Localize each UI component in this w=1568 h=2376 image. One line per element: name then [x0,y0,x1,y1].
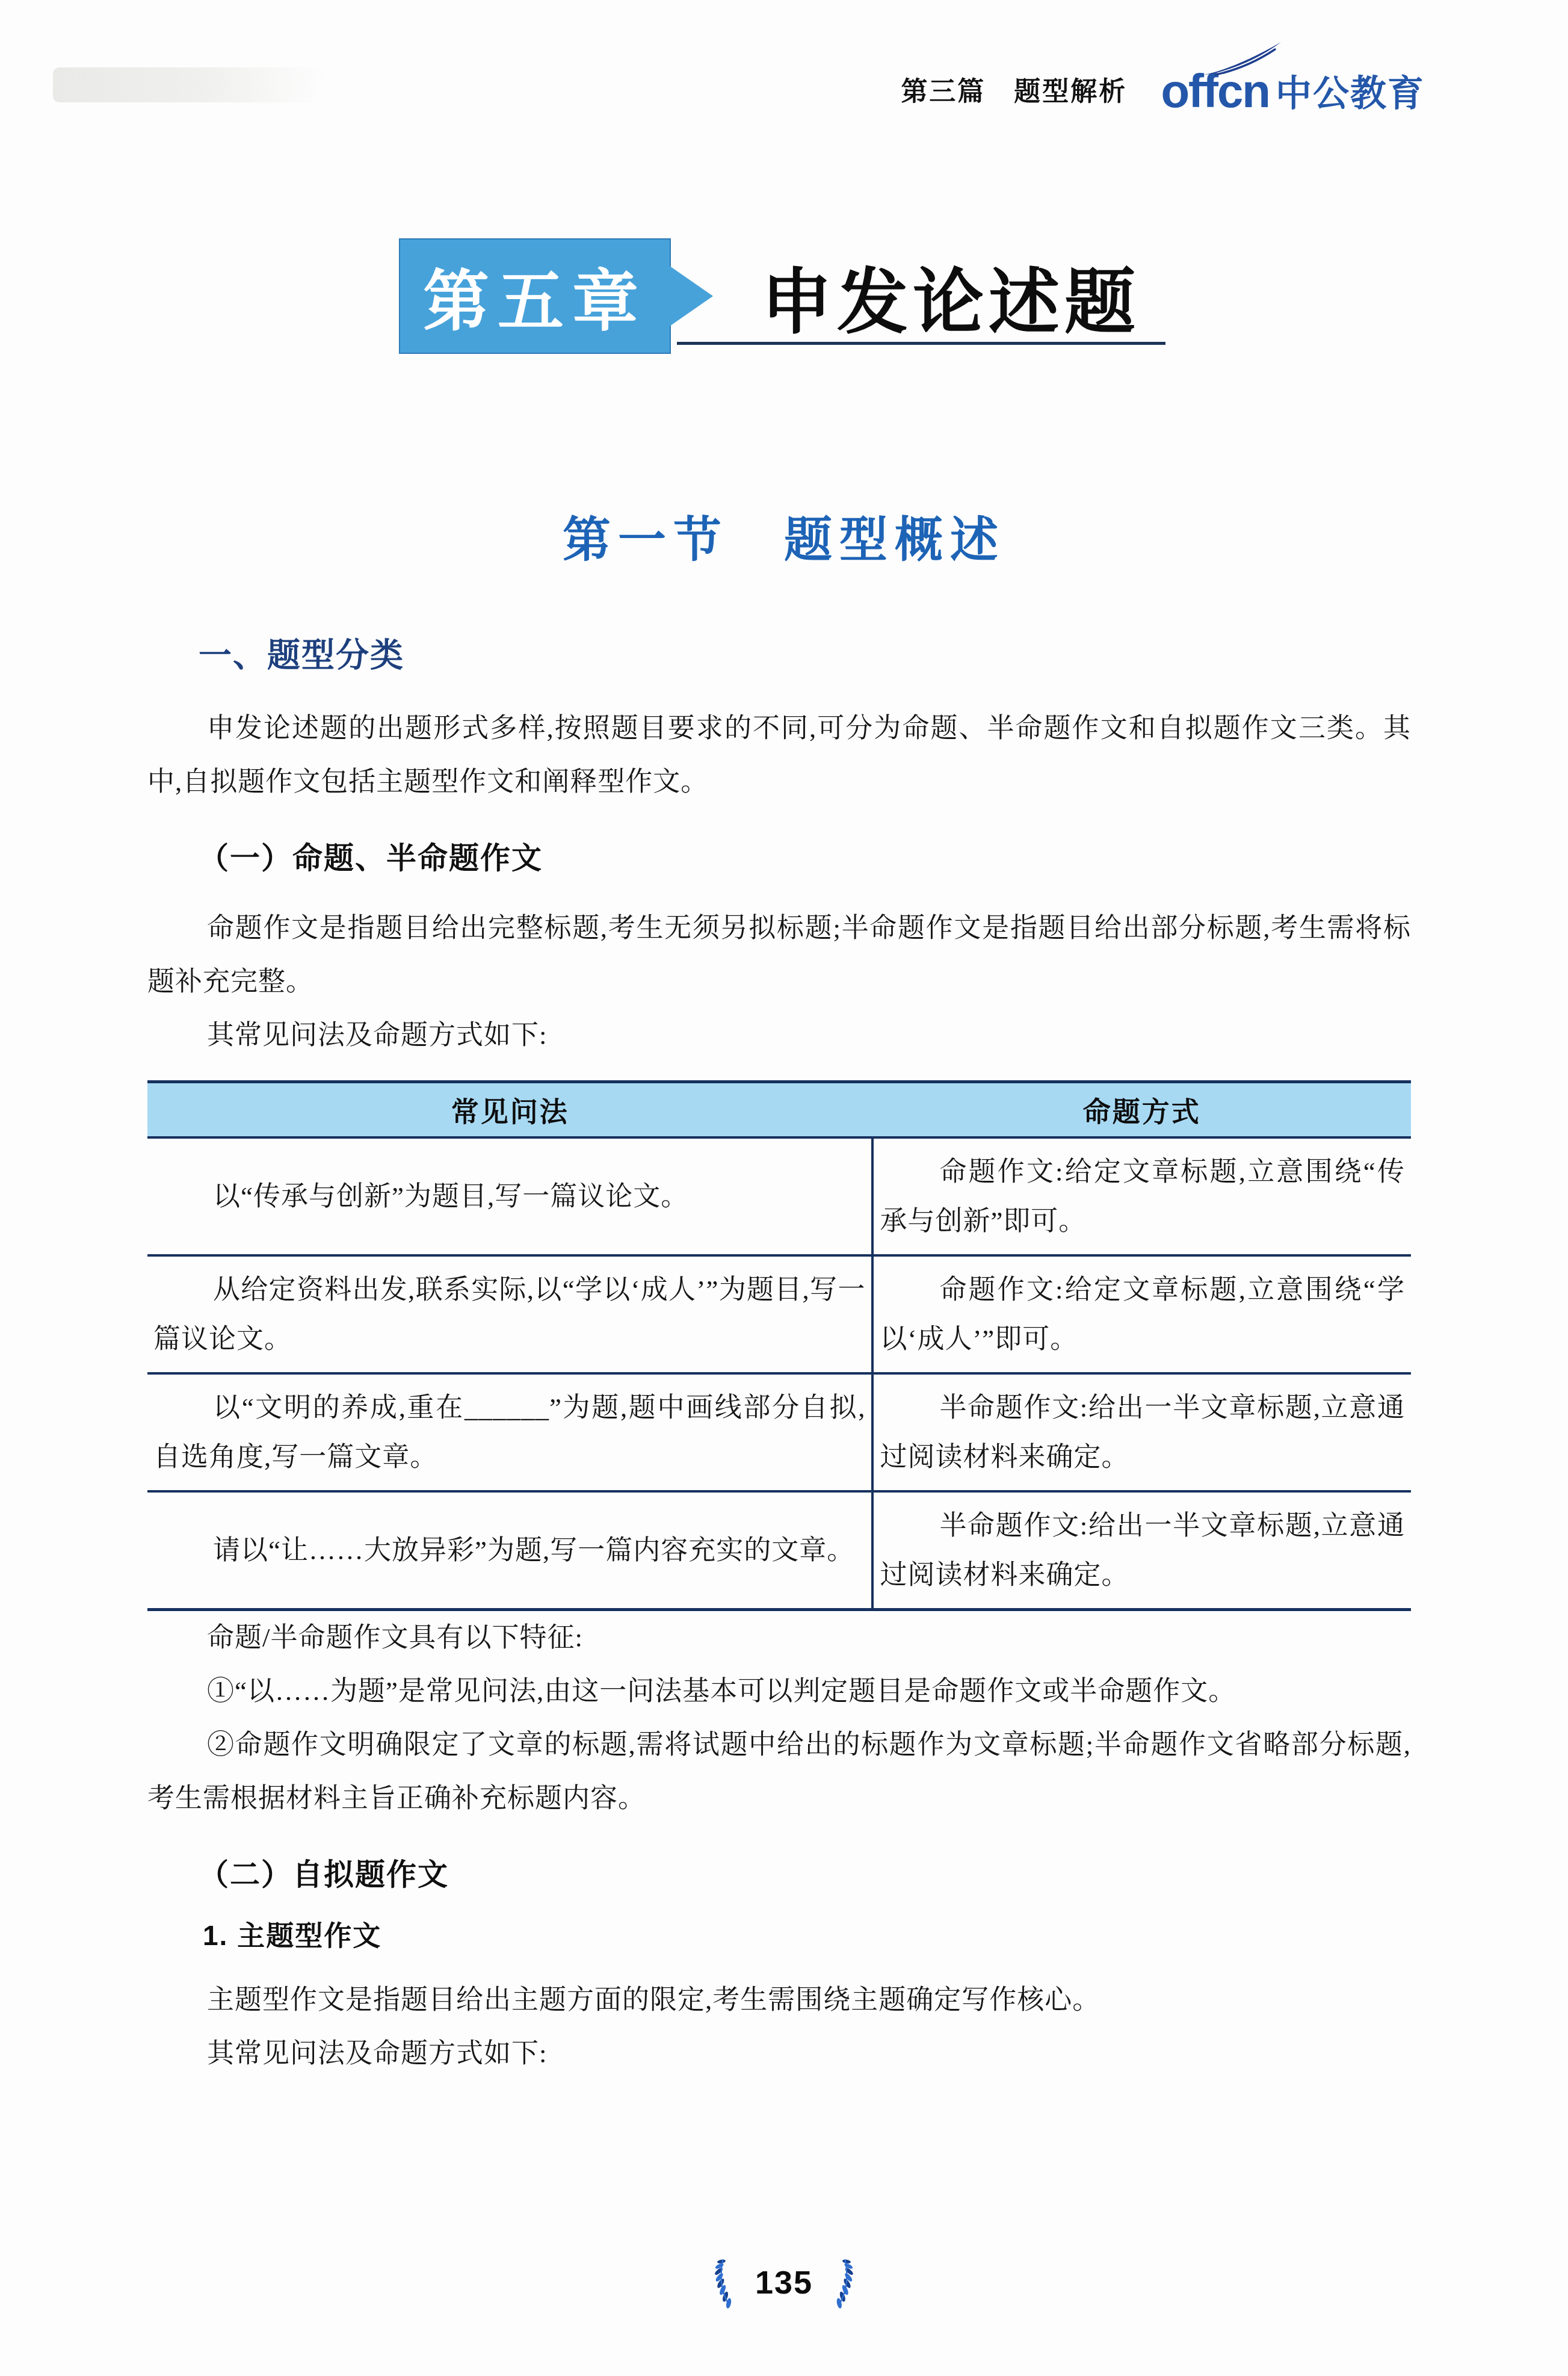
table-row: 请以“让……大放异彩”为题,写一篇内容充实的文章。 半命题作文:给出一半文章标题… [147,1491,1411,1610]
offcn-logo: offcn 中公教育 [1161,65,1425,117]
laurel-right-icon [831,2257,862,2309]
logo-brand-text: 中公教育 [1276,65,1425,117]
paragraph-feature-2: ②命题作文明确限定了文章的标题,需将试题中给出的标题作为文章标题;半命题作文省略… [147,1718,1411,1825]
paragraph-theme-lead-in: 其常见问法及命题方式如下: [147,2027,1411,2081]
table-cell-mode-1: 命题作文:给定文章标题,立意围绕“传承与创新”即可。 [880,1147,1405,1246]
table-row: 以“传承与创新”为题目,写一篇议论文。 命题作文:给定文章标题,立意围绕“传承与… [147,1137,1411,1255]
table-header-proposition-mode: 命题方式 [872,1082,1411,1138]
swoosh-icon [1196,41,1286,78]
table-header-common-askings: 常见问法 [147,1082,872,1138]
table-row: 从给定资料出发,联系实际,以“学以‘成人’”为题目,写一篇议论文。 命题作文:给… [147,1255,1411,1373]
table-cell-question-2: 从给定资料出发,联系实际,以“学以‘成人’”为题目,写一篇议论文。 [153,1265,865,1364]
heading-mingti-banmingti: （一）命题、半命题作文 [199,839,1411,877]
heading-zinidti: （二）自拟题作文 [199,1855,1411,1894]
table-cell-mode-3: 半命题作文:给出一半文章标题,立意通过阅读材料来确定。 [880,1383,1405,1482]
chapter-badge-arrow-icon [670,266,713,326]
paragraph-theme-definition: 主题型作文是指题目给出主题方面的限定,考生需围绕主题确定写作核心。 [147,1973,1411,2027]
laurel-left-icon [706,2257,737,2309]
chapter-title-rule [677,342,1165,345]
table-cell-question-4: 请以“让……大放异彩”为题,写一篇内容充实的文章。 [153,1526,865,1575]
table-cell-mode-4: 半命题作文:给出一半文章标题,立意通过阅读材料来确定。 [880,1501,1405,1600]
page-header: 第三篇 题型解析 offcn 中公教育 [901,65,1425,117]
table-cell-mode-2: 命题作文:给定文章标题,立意围绕“学以‘成人’”即可。 [880,1265,1405,1364]
chapter-banner: 第五章 申发论述题 [399,238,1414,354]
paragraph-feature-1: ①“以……为题”是常见问法,由这一问法基本可以判定题目是命题作文或半命题作文。 [147,1665,1411,1718]
paragraph-features-lead-in: 命题/半命题作文具有以下特征: [147,1611,1411,1665]
paragraph-table-lead-in: 其常见问法及命题方式如下: [147,1009,1411,1062]
book-page: 第三篇 题型解析 offcn 中公教育 第五章 申发论述题 第一节 题型概述 一… [0,0,1568,2376]
heading-theme-essay: 1. 主题型作文 [203,1918,1411,1953]
question-type-table: 常见问法 命题方式 以“传承与创新”为题目,写一篇议论文。 命题作文:给定文章标… [147,1080,1411,1611]
chapter-badge-label: 第五章 [423,249,647,344]
table-cell-question-1: 以“传承与创新”为题目,写一篇议论文。 [153,1172,865,1221]
chapter-title: 申发论述题 [761,245,1140,347]
section-title: 第一节 题型概述 [0,501,1568,570]
chapter-badge: 第五章 [399,238,671,354]
breadcrumb: 第三篇 题型解析 [901,70,1127,112]
table-cell-question-3: 以“文明的养成,重在______”为题,题中画线部分自拟,自选角度,写一篇文章。 [153,1383,865,1482]
table-header-row: 常见问法 命题方式 [147,1082,1411,1138]
table-row: 以“文明的养成,重在______”为题,题中画线部分自拟,自选角度,写一篇文章。… [147,1373,1411,1491]
paragraph-mingti-definition: 命题作文是指题目给出完整标题,考生无须另拟标题;半命题作文是指题目给出部分标题,… [147,902,1411,1009]
scan-smudge [53,67,324,102]
logo-wordmark: offcn [1161,67,1270,114]
page-content: 一、题型分类 申发论述题的出题形式多样,按照题目要求的不同,可分为命题、半命题作… [147,636,1411,2081]
heading-type-classification: 一、题型分类 [199,636,1411,674]
page-number: 135 [755,2264,813,2301]
page-footer: 135 [706,2257,862,2309]
paragraph-intro: 申发论述题的出题形式多样,按照题目要求的不同,可分为命题、半命题作文和自拟题作文… [147,702,1411,809]
